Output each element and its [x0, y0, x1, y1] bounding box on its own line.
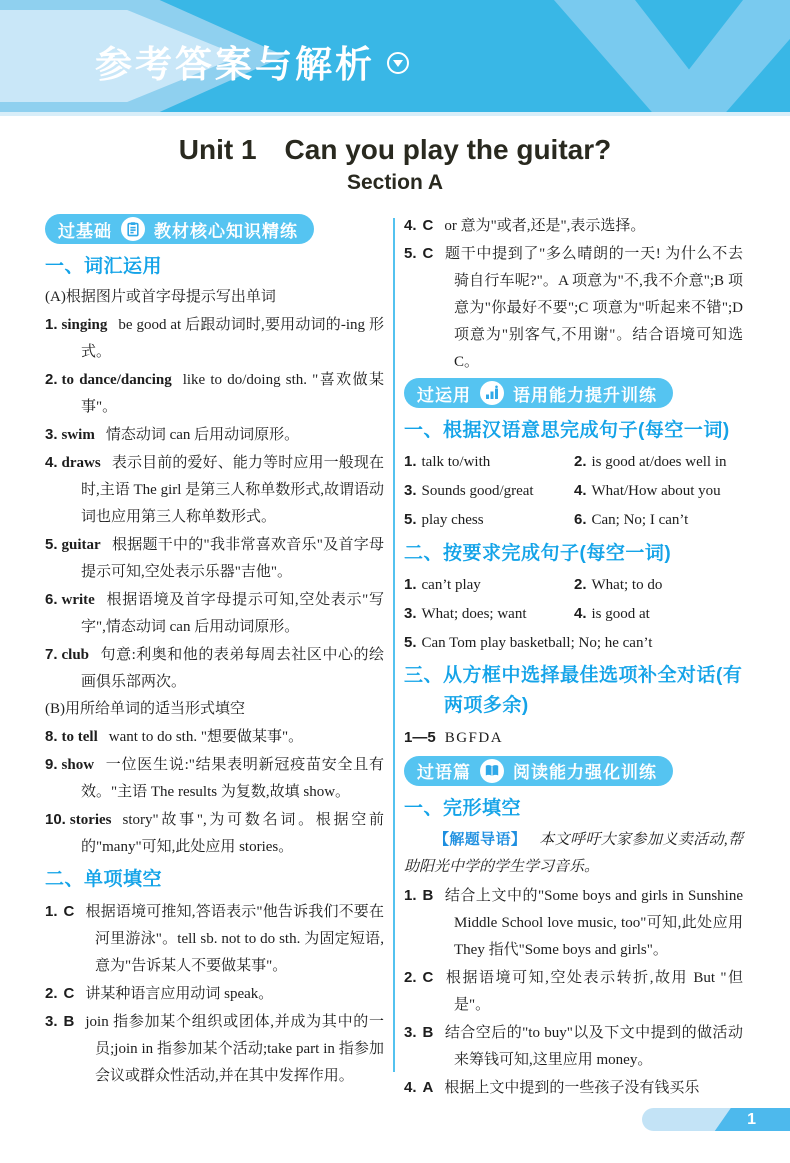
answer-item: 3.swim情态动词 can 后用动词原形。 — [45, 421, 384, 449]
cloze-guide: 【解题导语】本文呼吁大家参加义卖活动,帮助阳光中学的学生学习音乐。 — [404, 826, 743, 881]
answer-item: 4.A根据上文中提到的一些孩子没有钱买乐 — [404, 1074, 743, 1102]
item-number: 1. — [404, 453, 417, 470]
answer-item: 7.club句意:利奥和他的表弟每周去社区中心的绘画俱乐部两次。 — [45, 641, 384, 696]
book-icon — [480, 759, 504, 783]
item-answer: singing — [62, 317, 108, 333]
page-header-banner: 参考答案与解析 — [0, 0, 790, 112]
choice-answer-list: 1.C根据语境可推知,答语表示"他告诉我们不要在河里游泳"。tell sb. n… — [45, 898, 384, 1090]
item-explanation: 讲某种语言应用动词 speak。 — [85, 986, 273, 1002]
item-number: 1. — [45, 316, 58, 333]
item-answer: talk to/with — [422, 454, 491, 470]
item-number: 4. — [45, 454, 58, 471]
item-answer: is good at/does well in — [592, 454, 727, 470]
grid-answer: 4.is good at — [574, 600, 743, 629]
answer-item: 8.to tellwant to do sth. "想要做某事"。 — [45, 723, 384, 751]
item-explanation: join 指参加某个组织或团体,并成为其中的一员;join in 指参加某个活动… — [85, 1014, 384, 1084]
item-explanation: want to do sth. "想要做某事"。 — [109, 729, 303, 745]
left-column: 过基础 教材核心知识精练 一、词汇运用 (A)根据图片或首字母提示写出单词 — [45, 212, 384, 1102]
item-answer: is good at — [592, 606, 650, 622]
item-number: 2. — [404, 969, 417, 986]
dialogue-answers: 1—5BGFDA — [404, 723, 743, 753]
item-number: 4. — [404, 217, 417, 234]
grid-answer: 6.Can; No; I can’t — [574, 506, 743, 535]
v-chevron-decoration — [545, 0, 790, 112]
answer-item: 5.guitar根据题干中的"我非常喜欢音乐"及首字母提示可知,空处表示乐器"吉… — [45, 531, 384, 586]
heading-cloze: 一、完形填空 — [404, 794, 743, 823]
chart-icon — [480, 381, 504, 405]
item-explanation: 题干中提到了"多么晴朗的一天! 为什么不去骑自行车呢?"。A 项意为"不,我不介… — [444, 246, 743, 370]
answer-item: 10.storiesstory"故事",为可数名词。根据空前的"many"可知,… — [45, 806, 384, 861]
page-title-text: 参考答案与解析 — [95, 44, 375, 85]
answer-item: 2.to dance/dancinglike to do/doing sth. … — [45, 366, 384, 421]
item-number: 5. — [404, 511, 417, 528]
choice-answer-list-continued: 4.Cor 意为"或者,还是",表示选择。 5.C题干中提到了"多么晴朗的一天!… — [404, 212, 743, 376]
item-answer: What; to do — [592, 577, 663, 593]
item-number: 6. — [45, 591, 58, 608]
answer-item: 1.B结合上文中的"Some boys and girls in Sunshin… — [404, 882, 743, 964]
item-number: 2. — [574, 576, 587, 593]
grid-answer-full: 5.Can Tom play basketball; No; he can’t — [404, 629, 743, 658]
item-number: 5. — [45, 536, 58, 553]
section-badge-usage: 过运用 语用能力提升训练 — [404, 378, 673, 408]
heading-vocabulary: 一、词汇运用 — [45, 252, 384, 281]
item-number: 6. — [574, 511, 587, 528]
item-answer: Can; No; I can’t — [592, 512, 689, 528]
item-number: 3. — [404, 605, 417, 622]
answer-item: 2.C讲某种语言应用动词 speak。 — [45, 980, 384, 1008]
item-number: 7. — [45, 646, 58, 663]
item-number: 8. — [45, 728, 58, 745]
subsection-a: (A)根据图片或首字母提示写出单词 — [45, 284, 384, 311]
answer-item: 6.write根据语境及首字母提示可知,空处表示"写字",情态动词 can 后用… — [45, 586, 384, 641]
answer-grid-1: 1.talk to/with 2.is good at/does well in… — [404, 448, 743, 534]
answer-item: 3.Bjoin 指参加某个组织或团体,并成为其中的一员;join in 指参加某… — [45, 1008, 384, 1090]
item-answer: to tell — [62, 729, 98, 745]
item-answer: A — [423, 1079, 434, 1096]
item-explanation: 根据语境可知,空处表示转折,故用 But "但是"。 — [444, 970, 743, 1013]
guide-label: 【解题导语】 — [434, 831, 526, 848]
item-number: 4. — [574, 482, 587, 499]
item-answer: swim — [62, 427, 95, 443]
grid-answer: 1.talk to/with — [404, 448, 574, 477]
item-explanation: 根据上文中提到的一些孩子没有钱买乐 — [444, 1080, 699, 1096]
clipboard-icon — [121, 217, 145, 241]
word-answer-list-a: 1.singingbe good at 后跟动词时,要用动词的-ing 形式。 … — [45, 311, 384, 696]
circle-down-arrow-icon — [387, 52, 409, 74]
answer-item: 1.C根据语境可推知,答语表示"他告诉我们不要在河里游泳"。tell sb. n… — [45, 898, 384, 980]
item-number: 5. — [404, 245, 417, 262]
item-answer: Can Tom play basketball; No; he can’t — [422, 635, 653, 651]
item-answer: show — [62, 757, 95, 773]
word-answer-list-b: 8.to tellwant to do sth. "想要做某事"。 9.show… — [45, 723, 384, 861]
item-explanation: 一位医生说:"结果表明新冠疫苗安全且有效。"主语 The results 为复数… — [81, 757, 384, 800]
heading-rewrite-sentences: 二、按要求完成句子(每空一词) — [404, 539, 743, 568]
answer-letters: BGFDA — [445, 730, 503, 746]
grid-answer: 3.What; does; want — [404, 600, 574, 629]
item-answer: guitar — [62, 537, 101, 553]
item-answer: B — [423, 1024, 434, 1041]
item-answer: Sounds good/great — [422, 483, 534, 499]
item-answer: B — [423, 887, 434, 904]
item-answer: stories — [70, 812, 112, 828]
item-explanation: 根据语境可推知,答语表示"他告诉我们不要在河里游泳"。tell sb. not … — [85, 904, 384, 974]
item-number: 2. — [45, 985, 58, 1002]
item-number: 2. — [574, 453, 587, 470]
badge-title: 教材核心知识精练 — [154, 217, 298, 242]
item-answer: draws — [62, 455, 101, 471]
answer-item: 4.Cor 意为"或者,还是",表示选择。 — [404, 212, 743, 240]
item-answer: C — [64, 985, 75, 1002]
item-number: 1. — [404, 887, 417, 904]
badge-title: 语用能力提升训练 — [513, 381, 657, 406]
grid-answer: 2.What; to do — [574, 571, 743, 600]
column-divider — [393, 218, 395, 1072]
banner-edge-line — [0, 112, 790, 116]
answer-item: 2.C根据语境可知,空处表示转折,故用 But "但是"。 — [404, 964, 743, 1019]
grid-answer: 3.Sounds good/great — [404, 477, 574, 506]
heading-multiple-choice: 二、单项填空 — [45, 865, 384, 894]
grid-answer: 2.is good at/does well in — [574, 448, 743, 477]
answer-item: 4.draws表示目前的爱好、能力等时应用一般现在时,主语 The girl 是… — [45, 449, 384, 531]
item-answer: What; does; want — [422, 606, 527, 622]
item-number: 9. — [45, 756, 58, 773]
grid-answer: 4.What/How about you — [574, 477, 743, 506]
item-answer: write — [62, 592, 95, 608]
answer-range: 1—5 — [404, 729, 436, 746]
page-title: 参考答案与解析 — [95, 34, 409, 88]
item-explanation: 根据语境及首字母提示可知,空处表示"写字",情态动词 can 后用动词原形。 — [81, 592, 384, 635]
answer-item: 3.B结合空后的"to buy"以及下文中提到的做活动来筹钱可知,这里应用 mo… — [404, 1019, 743, 1074]
item-explanation: 句意:利奥和他的表弟每周去社区中心的绘画俱乐部两次。 — [81, 647, 384, 690]
item-explanation: 情态动词 can 后用动词原形。 — [106, 427, 299, 443]
item-answer: to dance/dancing — [62, 372, 172, 388]
item-answer: club — [62, 647, 90, 663]
item-explanation: 根据题干中的"我非常喜欢音乐"及首字母提示可知,空处表示乐器"吉他"。 — [81, 537, 384, 580]
item-number: 3. — [404, 482, 417, 499]
item-explanation: story"故事",为可数名词。根据空前的"many"可知,此处应用 stori… — [81, 812, 384, 855]
item-number: 2. — [45, 371, 58, 388]
answer-item: 1.singingbe good at 后跟动词时,要用动词的-ing 形式。 — [45, 311, 384, 366]
item-answer: C — [423, 217, 434, 234]
item-answer: C — [64, 903, 75, 920]
item-answer: C — [423, 245, 434, 262]
item-number: 3. — [45, 426, 58, 443]
badge-tag: 过语篇 — [417, 758, 471, 783]
item-explanation: or 意为"或者,还是",表示选择。 — [444, 218, 645, 234]
item-answer: C — [423, 969, 434, 986]
two-column-content: 过基础 教材核心知识精练 一、词汇运用 (A)根据图片或首字母提示写出单词 — [45, 212, 745, 1102]
item-answer: play chess — [422, 512, 484, 528]
item-explanation: 结合空后的"to buy"以及下文中提到的做活动来筹钱可知,这里应用 money… — [444, 1025, 743, 1068]
answer-key-page: 参考答案与解析 Unit 1 Can you play the guitar? … — [0, 0, 790, 1163]
item-answer: What/How about you — [592, 483, 721, 499]
unit-title: Unit 1 Can you play the guitar? — [0, 128, 790, 168]
badge-title: 阅读能力强化训练 — [513, 758, 657, 783]
item-number: 3. — [404, 1024, 417, 1041]
right-column: 4.Cor 意为"或者,还是",表示选择。 5.C题干中提到了"多么晴朗的一天!… — [404, 212, 743, 1102]
item-answer: B — [64, 1013, 75, 1030]
item-explanation: be good at 后跟动词时,要用动词的-ing 形式。 — [81, 317, 384, 360]
item-number: 3. — [45, 1013, 58, 1030]
subsection-b: (B)用所给单词的适当形式填空 — [45, 696, 384, 723]
item-explanation: 结合上文中的"Some boys and girls in Sunshine M… — [444, 888, 743, 958]
section-badge-reading: 过语篇 阅读能力强化训练 — [404, 756, 673, 786]
heading-complete-sentences: 一、根据汉语意思完成句子(每空一词) — [404, 416, 743, 445]
item-number: 1. — [404, 576, 417, 593]
item-number: 4. — [574, 605, 587, 622]
item-explanation: 表示目前的爱好、能力等时应用一般现在时,主语 The girl 是第三人称单数形… — [81, 455, 384, 525]
answer-grid-2: 1.can’t play 2.What; to do 3.What; does;… — [404, 571, 743, 629]
answer-item: 5.C题干中提到了"多么晴朗的一天! 为什么不去骑自行车呢?"。A 项意为"不,… — [404, 240, 743, 376]
item-number: 10. — [45, 811, 66, 828]
section-title: Section A — [0, 171, 790, 195]
section-badge-basics: 过基础 教材核心知识精练 — [45, 214, 314, 244]
page-number: 1 — [747, 1108, 756, 1131]
badge-tag: 过基础 — [58, 217, 112, 242]
badge-tag: 过运用 — [417, 381, 471, 406]
item-number: 5. — [404, 634, 417, 651]
item-number: 1. — [45, 903, 58, 920]
grid-answer: 1.can’t play — [404, 571, 574, 600]
answer-item: 9.show一位医生说:"结果表明新冠疫苗安全且有效。"主语 The resul… — [45, 751, 384, 806]
heading-dialogue: 三、从方框中选择最佳选项补全对话(有两项多余) — [404, 661, 743, 720]
item-answer: can’t play — [422, 577, 481, 593]
item-number: 4. — [404, 1079, 417, 1096]
cloze-answer-list: 1.B结合上文中的"Some boys and girls in Sunshin… — [404, 882, 743, 1102]
page-number-badge: 1 — [642, 1108, 790, 1131]
grid-answer: 5.play chess — [404, 506, 574, 535]
